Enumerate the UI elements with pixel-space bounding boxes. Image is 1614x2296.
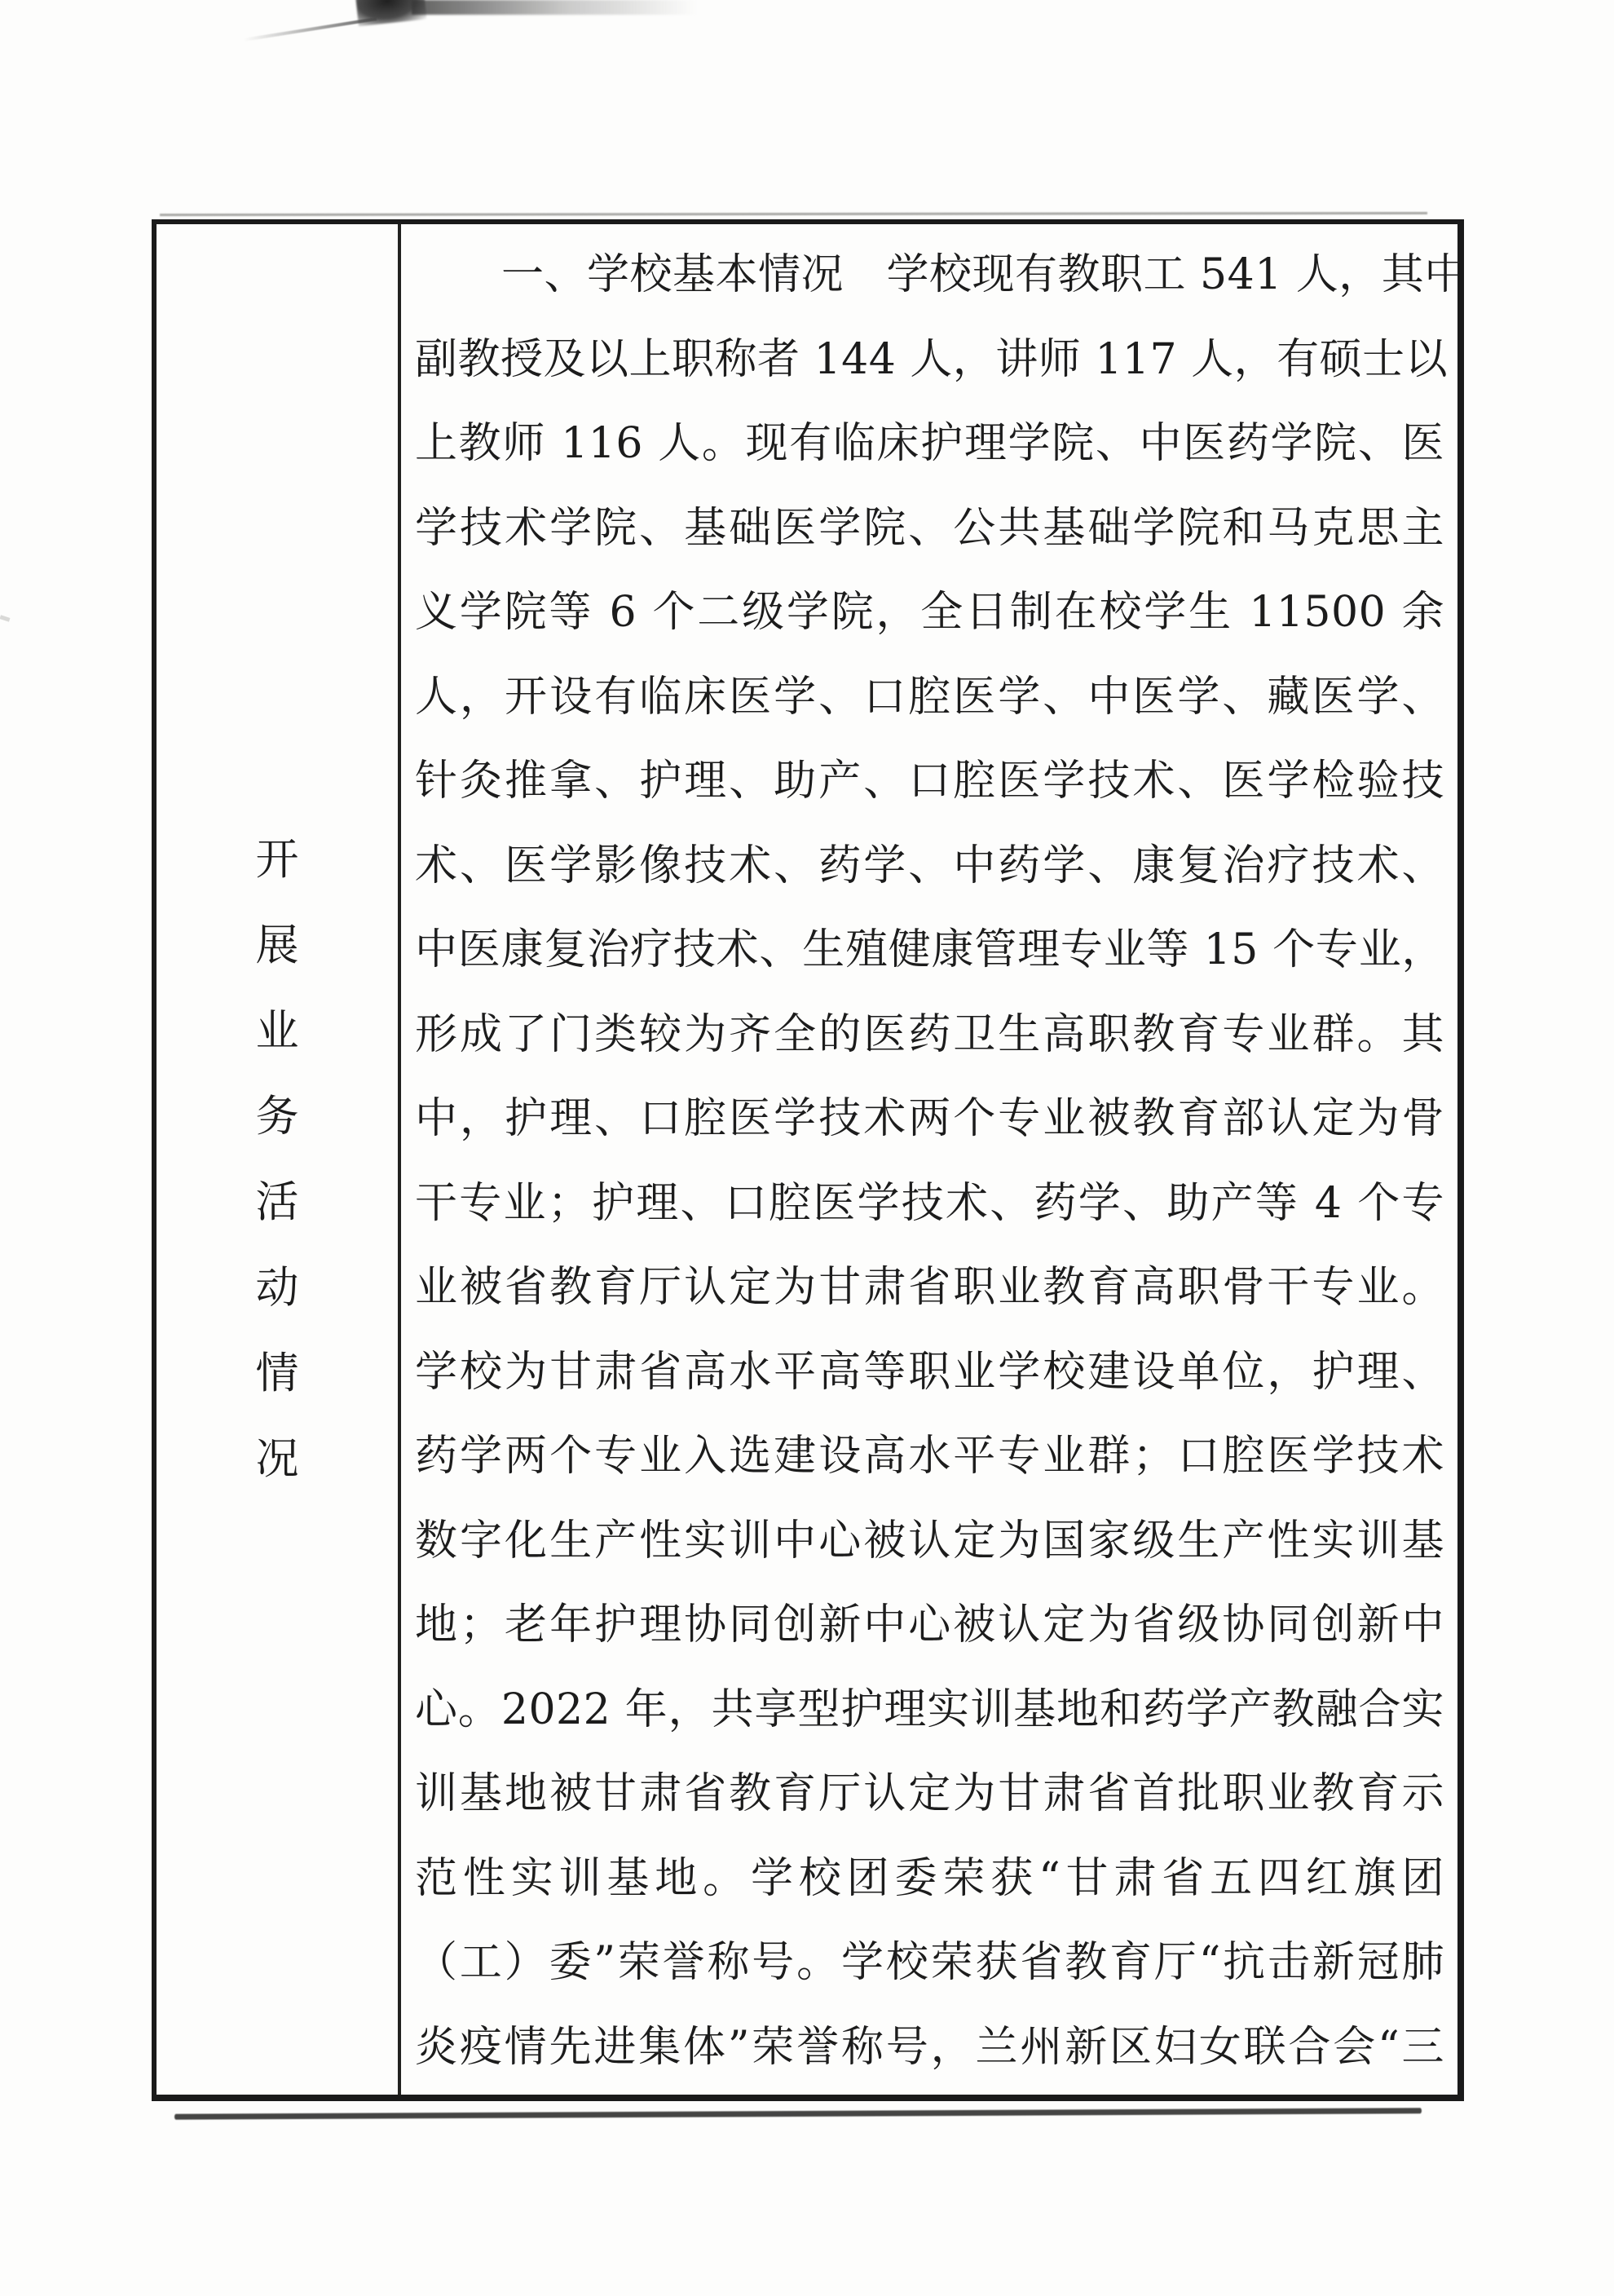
category-label-char: 务	[256, 1094, 299, 1140]
category-label-char: 展	[256, 923, 299, 969]
body-line: 数字化生产性实训中心被认定为国家级生产性实训基	[415, 1499, 1444, 1584]
body-line: 副教授及以上职称者 144 人，讲师 117 人，有硕士以	[415, 318, 1444, 403]
body-line: 形成了门类较为齐全的医药卫生高职教育专业群。其	[415, 993, 1444, 1078]
scan-ghost-line-artifact	[160, 212, 1427, 216]
scan-smudge-artifact	[244, 17, 377, 42]
scan-edge-mark-artifact	[0, 615, 10, 621]
body-line: 学校为甘肃省高水平高等职业学校建设单位，护理、	[415, 1331, 1444, 1415]
body-line: 训基地被甘肃省教育厅认定为甘肃省首批职业教育示	[415, 1752, 1444, 1837]
body-line: 地；老年护理协同创新中心被认定为省级协同创新中	[415, 1583, 1444, 1668]
body-line: （工）委”荣誉称号。学校荣获省教育厅“抗击新冠肺	[415, 1921, 1444, 2006]
body-line: 炎疫情先进集体”荣誉称号，兰州新区妇女联合会“三	[415, 2006, 1444, 2091]
category-label-char: 开	[256, 837, 299, 883]
category-label-char: 活	[256, 1180, 299, 1225]
page-curl-shadow-artifact	[174, 2108, 1422, 2119]
info-table: 开 展 业 务 活 动 情 况 一、学校基本情况 学校现有教职工 541 人，其…	[152, 219, 1464, 2101]
category-cell: 开 展 业 务 活 动 情 况	[157, 224, 398, 2095]
category-label-char: 况	[256, 1437, 299, 1482]
category-label-char: 业	[256, 1009, 299, 1054]
category-label-char: 动	[256, 1265, 299, 1311]
body-line: 中，护理、口腔医学技术两个专业被教育部认定为骨	[415, 1077, 1444, 1162]
body-line: 义学院等 6 个二级学院，全日制在校学生 11500 余	[415, 571, 1444, 656]
scan-smudge-artifact	[412, 0, 697, 15]
body-line: 干专业；护理、口腔医学技术、药学、助产等 4 个专	[415, 1162, 1444, 1247]
body-line: 学技术学院、基础医学院、公共基础学院和马克思主	[415, 487, 1444, 572]
body-line: 术、医学影像技术、药学、中药学、康复治疗技术、	[415, 824, 1444, 909]
body-line: 中医康复治疗技术、生殖健康管理专业等 15 个专业，	[415, 908, 1444, 993]
body-line: 人，开设有临床医学、口腔医学、中医学、藏医学、	[415, 656, 1444, 740]
body-line: 上教师 116 人。现有临床护理学院、中医药学院、医	[415, 402, 1444, 487]
body-line: 一、学校基本情况 学校现有教职工 541 人，其中	[415, 233, 1444, 318]
body-line: 业被省教育厅认定为甘肃省职业教育高职骨干专业。	[415, 1246, 1444, 1331]
category-label-char: 情	[256, 1351, 299, 1397]
body-line: 药学两个专业入选建设高水平专业群；口腔医学技术	[415, 1415, 1444, 1499]
body-line: 心。2022 年，共享型护理实训基地和药学产教融合实	[415, 1668, 1444, 1753]
scanned-document-page: 开 展 业 务 活 动 情 况 一、学校基本情况 学校现有教职工 541 人，其…	[0, 0, 1614, 2296]
body-line: 范性实训基地。学校团委荣获“甘肃省五四红旗团	[415, 1837, 1444, 1922]
body-line: 针灸推拿、护理、助产、口腔医学技术、医学检验技	[415, 740, 1444, 824]
content-cell: 一、学校基本情况 学校现有教职工 541 人，其中 副教授及以上职称者 144 …	[401, 224, 1457, 2095]
